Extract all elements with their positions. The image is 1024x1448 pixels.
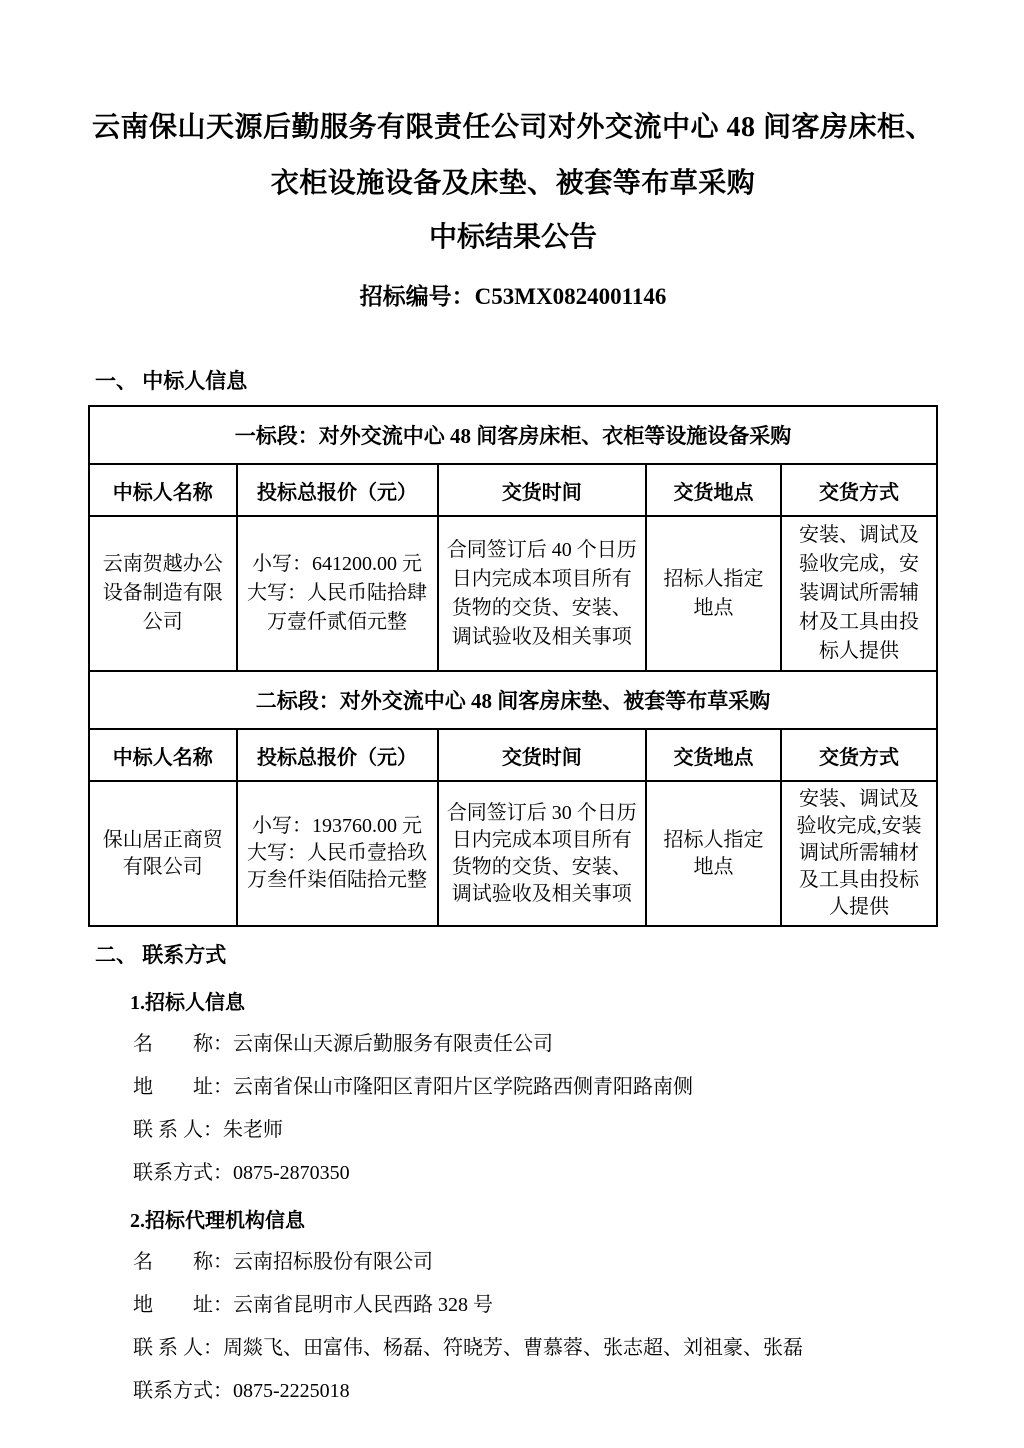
column-header-delivery-time: 交货时间: [438, 729, 647, 781]
document-title: 云南保山天源后勤服务有限责任公司对外交流中心 48 间客房床柜、衣柜设施设备及床…: [88, 100, 938, 212]
table-row: 中标人名称 投标总报价（元） 交货时间 交货地点 交货方式: [89, 729, 937, 781]
lot2-bid-price: 小写：193760.00 元 大写：人民币壹拾玖万叁仟柒佰陆拾元整: [237, 781, 438, 926]
contact-label: 联系方式：: [133, 1380, 233, 1402]
contact-group-title: 1.招标人信息: [130, 986, 938, 1015]
bid-number-value: C53MX0824001146: [475, 284, 667, 309]
contact-row-address: 地 址：云南省昆明市人民西路 328 号: [133, 1291, 938, 1319]
column-header-winner-name: 中标人名称: [89, 464, 237, 516]
contact-label: 名 称：: [133, 1033, 233, 1055]
table-row: 云南贺越办公设备制造有限公司 小写：641200.00 元 大写：人民币陆拾肆万…: [89, 516, 937, 671]
table-row: 中标人名称 投标总报价（元） 交货时间 交货地点 交货方式: [89, 464, 937, 516]
contact-row-phone: 联系方式：0875-2225018: [133, 1377, 938, 1405]
column-header-delivery-place: 交货地点: [646, 729, 781, 781]
column-header-total-bid-price: 投标总报价（元）: [237, 464, 438, 516]
contact-group-tenderer: 1.招标人信息 名 称：云南保山天源后勤服务有限责任公司 地 址：云南省保山市隆…: [88, 986, 938, 1187]
award-table: 一标段：对外交流中心 48 间客房床柜、衣柜等设施设备采购 中标人名称 投标总报…: [88, 405, 938, 927]
bid-number-label: 招标编号：: [360, 284, 475, 309]
contact-label: 联系方式：: [133, 1162, 233, 1184]
contact-label: 地 址：: [133, 1076, 233, 1098]
contact-row-person: 联 系 人：周燚飞、田富伟、杨磊、符晓芳、曹慕蓉、张志超、刘祖豪、张磊: [133, 1334, 938, 1362]
lot1-winner-name: 云南贺越办公设备制造有限公司: [89, 516, 237, 671]
column-header-winner-name: 中标人名称: [89, 729, 237, 781]
contact-value: 云南保山天源后勤服务有限责任公司: [233, 1033, 553, 1055]
lot2-winner-name: 保山居正商贸有限公司: [89, 781, 237, 926]
lot2-band-title: 二标段：对外交流中心 48 间客房床垫、被套等布草采购: [89, 671, 937, 729]
contact-label: 联 系 人：: [133, 1119, 223, 1141]
contact-label: 名 称：: [133, 1251, 233, 1273]
lot1-delivery-place: 招标人指定地点: [646, 516, 781, 671]
contact-value: 云南省保山市隆阳区青阳片区学院路西侧青阳路南侧: [233, 1076, 693, 1098]
lot2-delivery-place: 招标人指定地点: [646, 781, 781, 926]
contact-row-address: 地 址：云南省保山市隆阳区青阳片区学院路西侧青阳路南侧: [133, 1073, 938, 1101]
contact-label: 地 址：: [133, 1294, 233, 1316]
contact-value: 云南省昆明市人民西路 328 号: [233, 1294, 493, 1316]
document-subtitle: 中标结果公告: [88, 212, 938, 264]
table-row: 一标段：对外交流中心 48 间客房床柜、衣柜等设施设备采购: [89, 406, 937, 464]
contact-value: 朱老师: [223, 1119, 283, 1141]
contact-label: 联 系 人：: [133, 1337, 223, 1359]
bid-number-line: 招标编号：C53MX0824001146: [88, 278, 938, 311]
contact-row-name: 名 称：云南保山天源后勤服务有限责任公司: [133, 1030, 938, 1058]
contact-value: 云南招标股份有限公司: [233, 1251, 433, 1273]
lot1-delivery-method: 安装、调试及验收完成，安装调试所需辅材及工具由投标人提供: [781, 516, 937, 671]
lot1-delivery-time: 合同签订后 40 个日历日内完成本项目所有货物的交货、安装、调试验收及相关事项: [438, 516, 647, 671]
table-row: 二标段：对外交流中心 48 间客房床垫、被套等布草采购: [89, 671, 937, 729]
lot2-delivery-time: 合同签订后 30 个日历日内完成本项目所有货物的交货、安装、调试验收及相关事项: [438, 781, 647, 926]
contact-group-agency: 2.招标代理机构信息 名 称：云南招标股份有限公司 地 址：云南省昆明市人民西路…: [88, 1204, 938, 1405]
contact-value: 周燚飞、田富伟、杨磊、符晓芳、曹慕蓉、张志超、刘祖豪、张磊: [223, 1337, 803, 1359]
table-row: 保山居正商贸有限公司 小写：193760.00 元 大写：人民币壹拾玖万叁仟柒佰…: [89, 781, 937, 926]
contact-row-name: 名 称：云南招标股份有限公司: [133, 1248, 938, 1276]
lot1-bid-price: 小写：641200.00 元 大写：人民币陆拾肆万壹仟贰佰元整: [237, 516, 438, 671]
contact-row-person: 联 系 人：朱老师: [133, 1116, 938, 1144]
section-heading-contact-info: 二、 联系方式: [95, 939, 938, 969]
column-header-delivery-place: 交货地点: [646, 464, 781, 516]
column-header-delivery-method: 交货方式: [781, 729, 937, 781]
column-header-delivery-time: 交货时间: [438, 464, 647, 516]
lot1-band-title: 一标段：对外交流中心 48 间客房床柜、衣柜等设施设备采购: [89, 406, 937, 464]
contact-value: 0875-2870350: [233, 1162, 350, 1184]
contact-group-title: 2.招标代理机构信息: [130, 1204, 938, 1233]
lot2-delivery-method: 安装、调试及验收完成,安装调试所需辅材及工具由投标人提供: [781, 781, 937, 926]
document-page: 云南保山天源后勤服务有限责任公司对外交流中心 48 间客房床柜、衣柜设施设备及床…: [0, 0, 1024, 1448]
contact-value: 0875-2225018: [233, 1380, 350, 1402]
column-header-delivery-method: 交货方式: [781, 464, 937, 516]
column-header-total-bid-price: 投标总报价（元）: [237, 729, 438, 781]
section-heading-winner-info: 一、 中标人信息: [95, 365, 938, 395]
contact-row-phone: 联系方式：0875-2870350: [133, 1159, 938, 1187]
